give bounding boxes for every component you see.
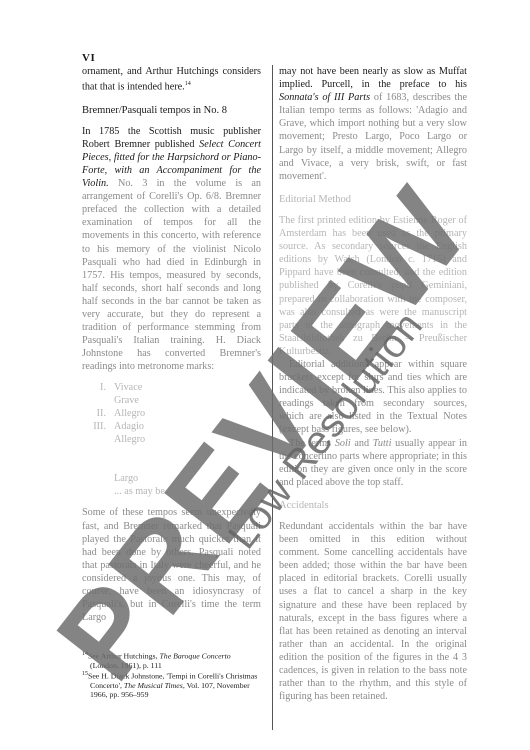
tempo-name: Adagio: [114, 420, 144, 433]
tempo-row: I.Vivace: [90, 381, 261, 394]
movement-number: [90, 394, 106, 407]
term-soli: Soli: [335, 438, 351, 449]
tempo-name: Allegro: [114, 407, 145, 420]
text: of 1683, describes the Italian tempo ter…: [279, 92, 467, 182]
tempo-name: Allegro: [114, 433, 145, 446]
bremner-paragraph: In 1785 the Scottish music publisher Rob…: [82, 125, 261, 374]
text: No. 3 in the volume is an arrangement of…: [82, 178, 261, 372]
movement-number: III.: [90, 420, 106, 433]
movement-number: I.: [90, 381, 106, 394]
tempo-row: [90, 459, 261, 472]
footnote-ref: 14: [185, 81, 191, 87]
section-heading-editorial-method: Editorial Method: [279, 193, 467, 206]
tempo-name: Vivace: [114, 381, 142, 394]
brackets-paragraph: Editorial additions appear within square…: [279, 358, 467, 437]
text: The terms: [289, 438, 335, 449]
footnote-title: The Baroque Concerto: [159, 652, 230, 661]
tempo-tail: ... as may be.: [90, 485, 261, 498]
intro-text: ornament, and Arthur Hutchings considers…: [82, 66, 261, 92]
footnote-text: (London, 1961), p. 111: [90, 661, 162, 670]
tempo-name: Grave: [114, 394, 139, 407]
footnotes: 14See Arthur Hutchings, The Baroque Conc…: [82, 650, 261, 700]
movement-number: [90, 433, 106, 446]
purcell-paragraph: may not have been nearly as slow as Muff…: [279, 65, 467, 183]
footnote-14: 14See Arthur Hutchings, The Baroque Conc…: [90, 650, 261, 670]
tempo-row: Largo: [90, 472, 261, 485]
tempo-list: I.Vivace Grave II.Allegro III.Adagio All…: [90, 381, 261, 498]
movement-number: II.: [90, 407, 106, 420]
tempo-tail-text: ... as may be.: [114, 485, 167, 498]
right-column: may not have been nearly as slow as Muff…: [272, 65, 467, 730]
page-number: VI: [82, 52, 95, 64]
pasquali-paragraph: Some of these tempos seem unexpectedly f…: [82, 506, 261, 624]
tempo-row: Grave: [90, 394, 261, 407]
accidentals-paragraph: Redundant accidentals within the bar hav…: [279, 520, 467, 703]
left-column: ornament, and Arthur Hutchings considers…: [82, 65, 261, 624]
movement-number: [90, 446, 106, 459]
footnote-title: The Musical Times: [124, 681, 183, 690]
movement-number: [90, 472, 106, 485]
text: and: [351, 438, 373, 449]
work-title: Sonnata's of III Parts: [279, 92, 370, 103]
tempo-name: Largo: [114, 472, 138, 485]
soli-tutti-paragraph: The terms Soli and Tutti usually appear …: [279, 437, 467, 489]
section-heading-accidentals: Accidentals: [279, 499, 467, 512]
movement-number: [90, 459, 106, 472]
tempo-row: [90, 446, 261, 459]
tempo-row: II.Allegro: [90, 407, 261, 420]
footnote-text: See Arthur Hutchings,: [88, 652, 159, 661]
editorial-method-paragraph: The first printed edition by Estienne Ro…: [279, 214, 467, 358]
text: may not have been nearly as slow as Muff…: [279, 66, 467, 90]
tempo-row: III.Adagio: [90, 420, 261, 433]
document-page: VI ornament, and Arthur Hutchings consid…: [0, 0, 530, 750]
intro-paragraph: ornament, and Arthur Hutchings considers…: [82, 65, 261, 94]
term-tutti: Tutti: [373, 438, 392, 449]
footnote-15: 15See H. Diack Johnstone, 'Tempi in Core…: [90, 670, 261, 699]
tempo-row: Allegro: [90, 433, 261, 446]
section-heading-bremner: Bremner/Pasquali tempos in No. 8: [82, 104, 261, 117]
